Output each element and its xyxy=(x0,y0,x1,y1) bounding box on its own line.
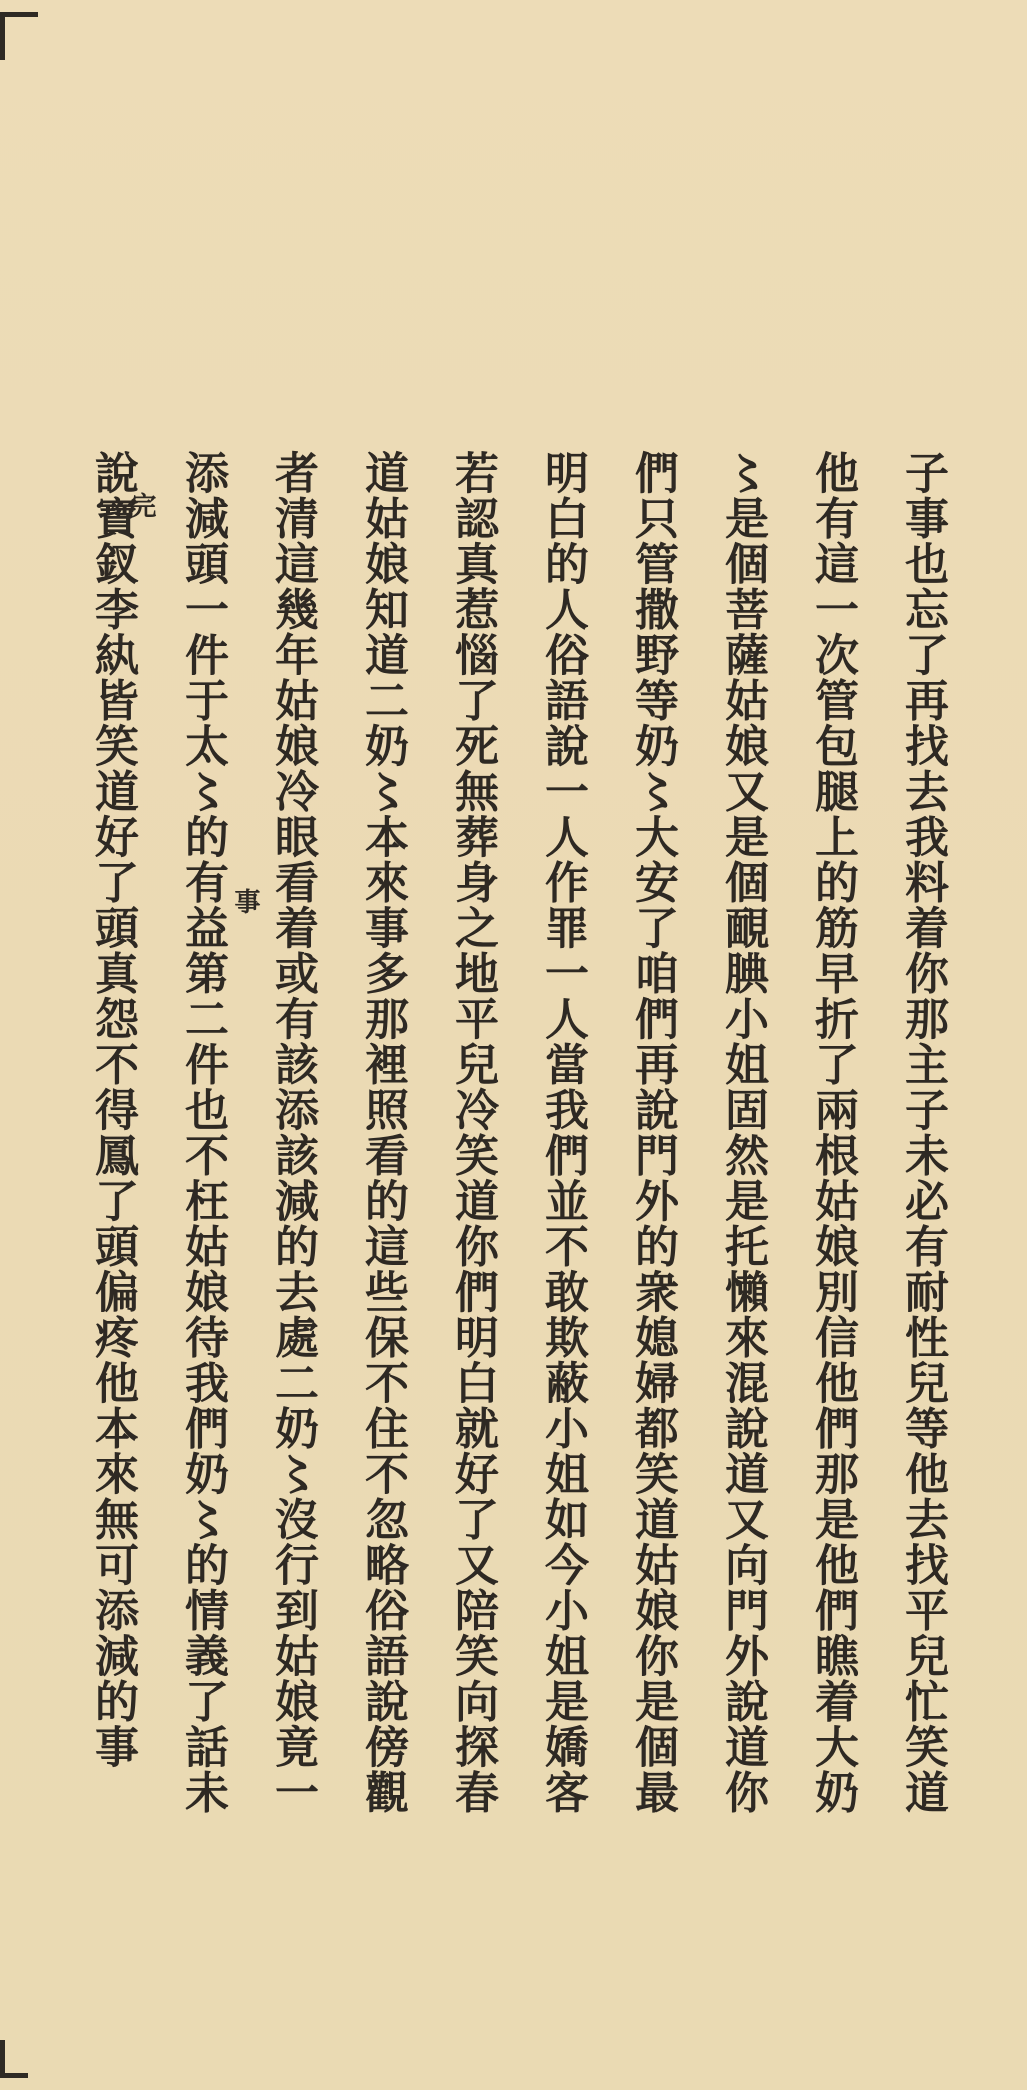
text-column-4: 們只管撒野等奶〻大安了咱們再說門外的衆媳婦都笑道姑娘你是個最 xyxy=(607,450,697,1890)
text-block: 子事也忘了再找去我料着你那主子未必有耐性兒等他去找平兒忙笑道 他有這一次管包腿上… xyxy=(67,450,967,1890)
text-column-8: 者清這幾年姑娘冷眼看着或有該添該減的去處二奶〻沒行到姑娘竟一 xyxy=(247,450,337,1890)
text-column-7: 道姑娘知道二奶〻本來事多那裡照看的這些保不住不忽略俗語說傍觀 xyxy=(337,450,427,1890)
text-column-6: 若認真惹惱了死無葬身之地平兒冷笑道你們明白就好了又陪笑向探春 xyxy=(427,450,517,1890)
corner-mark-bottom-left xyxy=(0,2040,28,2078)
corner-mark-top-left xyxy=(0,12,38,60)
manuscript-page: 子事也忘了再找去我料着你那主子未必有耐性兒等他去找平兒忙笑道 他有這一次管包腿上… xyxy=(0,0,1027,2090)
marginal-insertion-shi: 事 xyxy=(232,888,258,914)
text-column-3: 〻是個菩薩姑娘又是個靦腆小姐固然是托懶來混說道又向門外說道你 xyxy=(697,450,787,1890)
text-column-2: 他有這一次管包腿上的筋早折了兩根姑娘別信他們那是他們瞧着大奶 xyxy=(787,450,877,1890)
marginal-insertion-wan: 完 xyxy=(128,492,154,518)
text-column-9: 添減頭一件于太〻的有益第二件也不枉姑娘待我們奶〻的情義了話未 xyxy=(157,450,247,1890)
text-column-10: 說寶釵李紈皆笑道好了頭真怨不得鳳了頭偏疼他本來無可添減的事 xyxy=(67,450,157,1890)
text-column-5: 明白的人俗語說一人作罪一人當我們並不敢欺蔽小姐如今小姐是嬌客 xyxy=(517,450,607,1890)
text-column-1: 子事也忘了再找去我料着你那主子未必有耐性兒等他去找平兒忙笑道 xyxy=(877,450,967,1890)
